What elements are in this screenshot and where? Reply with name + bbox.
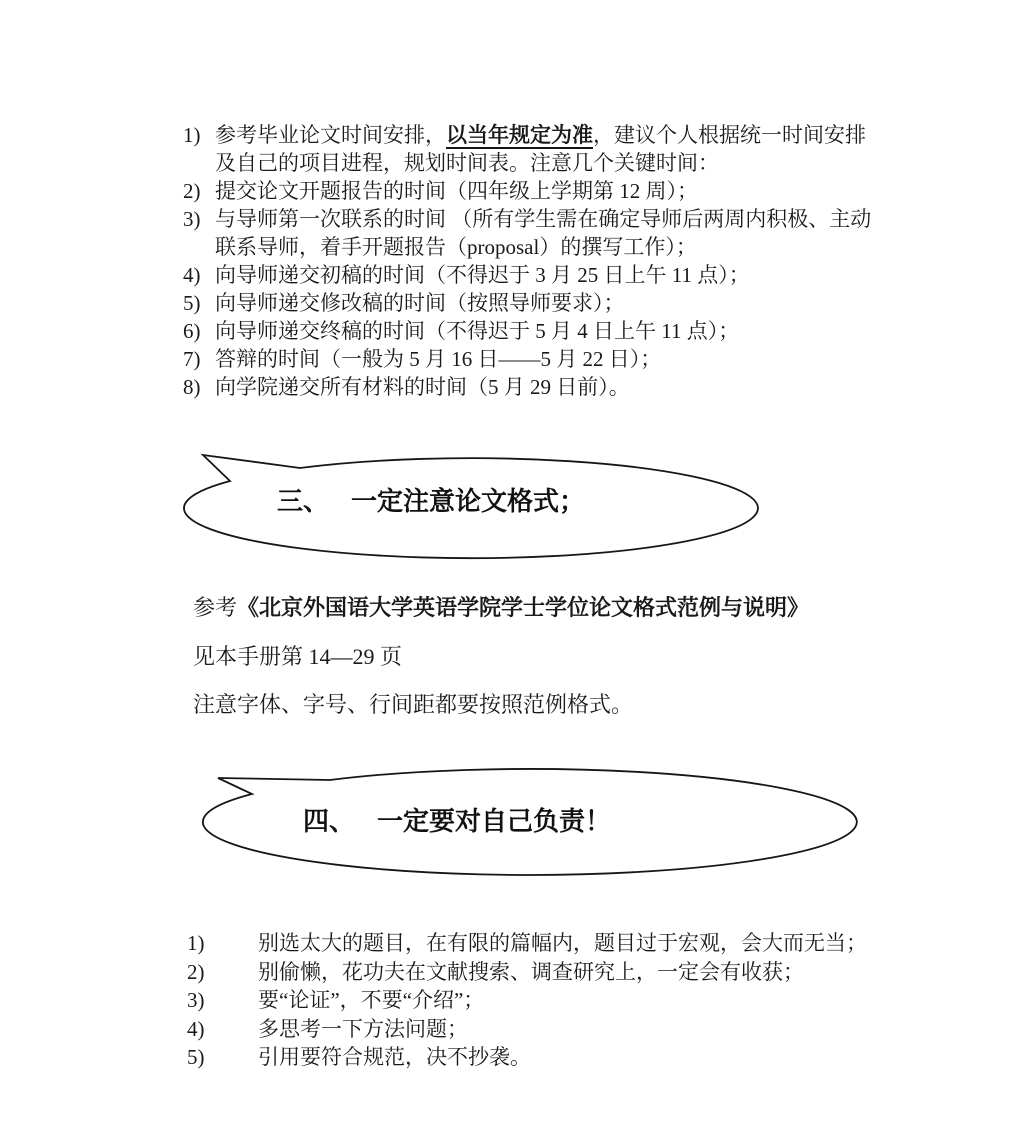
advice-list: 1)别选太大的题目，在有限的篇幅内，题目过于宏观，会大而无当； 2)别偷懒，花功… — [187, 929, 887, 1072]
item-text: 别选太大的题目，在有限的篇幅内，题目过于宏观，会大而无当； — [258, 931, 867, 955]
item-number: 8) — [183, 373, 215, 401]
item-number: 2) — [187, 958, 258, 987]
timeline-item: 1)参考毕业论文时间安排，以当年规定为准，建议个人根据统一时间安排及自己的项目进… — [183, 121, 877, 177]
item-text: 答辩的时间（一般为 5 月 16 日——5 月 22 日）； — [215, 347, 661, 371]
heading-label: 一定要对自己负责！ — [377, 806, 611, 836]
item-number: 6) — [183, 317, 215, 345]
timeline-item: 7)答辩的时间（一般为 5 月 16 日——5 月 22 日）； — [183, 345, 877, 373]
item-text: 要“论证”，不要“介绍”； — [258, 988, 484, 1012]
timeline-item: 3)与导师第一次联系的时间 （所有学生需在确定导师后两周内积极、主动联系导师，着… — [183, 205, 877, 261]
item-number: 4) — [183, 261, 215, 289]
item-number: 5) — [183, 289, 215, 317]
callout-heading-responsibility: 四、一定要对自己负责！ — [303, 806, 611, 836]
timeline-list: 1)参考毕业论文时间安排，以当年规定为准，建议个人根据统一时间安排及自己的项目进… — [183, 121, 877, 401]
advice-item: 5)引用要符合规范，决不抄袭。 — [187, 1043, 887, 1072]
timeline-item: 2)提交论文开题报告的时间（四年级上学期第 12 周）； — [183, 177, 877, 205]
timeline-item: 5)向导师递交修改稿的时间（按照导师要求）； — [183, 289, 877, 317]
reference-line: 参考《北京外国语大学英语学院学士学位论文格式范例与说明》 — [193, 593, 809, 623]
advice-item: 1)别选太大的题目，在有限的篇幅内，题目过于宏观，会大而无当； — [187, 929, 887, 958]
timeline-item: 4)向导师递交初稿的时间（不得迟于 3 月 25 日上午 11 点）； — [183, 261, 877, 289]
advice-item: 2)别偷懒，花功夫在文献搜索、调查研究上，一定会有收获； — [187, 958, 887, 987]
item-number: 3) — [187, 986, 258, 1015]
item-number: 5) — [187, 1043, 258, 1072]
item-text: 与导师第一次联系的时间 （所有学生需在确定导师后两周内积极、主动联系导师，着手开… — [215, 207, 871, 259]
item-text: 参考毕业论文时间安排，以当年规定为准，建议个人根据统一时间安排及自己的项目进程，… — [215, 123, 866, 175]
advice-item: 3)要“论证”，不要“介绍”； — [187, 986, 887, 1015]
reference-prefix: 参考 — [193, 595, 237, 620]
item-text: 别偷懒，花功夫在文献搜索、调查研究上，一定会有收获； — [258, 960, 804, 984]
heading-number: 三、 — [277, 486, 329, 516]
timeline-item: 8)向学院递交所有材料的时间（5 月 29 日前）。 — [183, 373, 877, 401]
item-text: 向学院递交所有材料的时间（5 月 29 日前）。 — [215, 375, 630, 399]
emphasized-deadline-text: 以当年规定为准 — [446, 123, 593, 149]
item-number: 2) — [183, 177, 215, 205]
item-number: 7) — [183, 345, 215, 373]
item-text: 向导师递交修改稿的时间（按照导师要求）； — [215, 291, 625, 315]
item-text: 引用要符合规范，决不抄袭。 — [258, 1045, 531, 1069]
heading-number: 四、 — [303, 806, 355, 836]
advice-item: 4)多思考一下方法问题； — [187, 1015, 887, 1044]
item-number: 1) — [187, 929, 258, 958]
page-range-line: 见本手册第 14—29 页 — [193, 642, 402, 672]
callout-heading-format: 三、一定注意论文格式； — [277, 486, 585, 516]
timeline-item: 6)向导师递交终稿的时间（不得迟于 5 月 4 日上午 11 点）； — [183, 317, 877, 345]
reference-title: 《北京外国语大学英语学院学士学位论文格式范例与说明》 — [237, 595, 809, 620]
item-text: 多思考一下方法问题； — [258, 1017, 468, 1041]
format-note-line: 注意字体、字号、行间距都要按照范例格式。 — [193, 690, 633, 720]
item-number: 3) — [183, 205, 215, 233]
item-text: 提交论文开题报告的时间（四年级上学期第 12 周）； — [215, 179, 698, 203]
item-text: 向导师递交终稿的时间（不得迟于 5 月 4 日上午 11 点）； — [215, 319, 739, 343]
item-text: 向导师递交初稿的时间（不得迟于 3 月 25 日上午 11 点）； — [215, 263, 750, 287]
heading-label: 一定注意论文格式； — [351, 486, 585, 516]
document-page: 1)参考毕业论文时间安排，以当年规定为准，建议个人根据统一时间安排及自己的项目进… — [0, 0, 1024, 1141]
item-number: 4) — [187, 1015, 258, 1044]
item-number: 1) — [183, 121, 215, 149]
